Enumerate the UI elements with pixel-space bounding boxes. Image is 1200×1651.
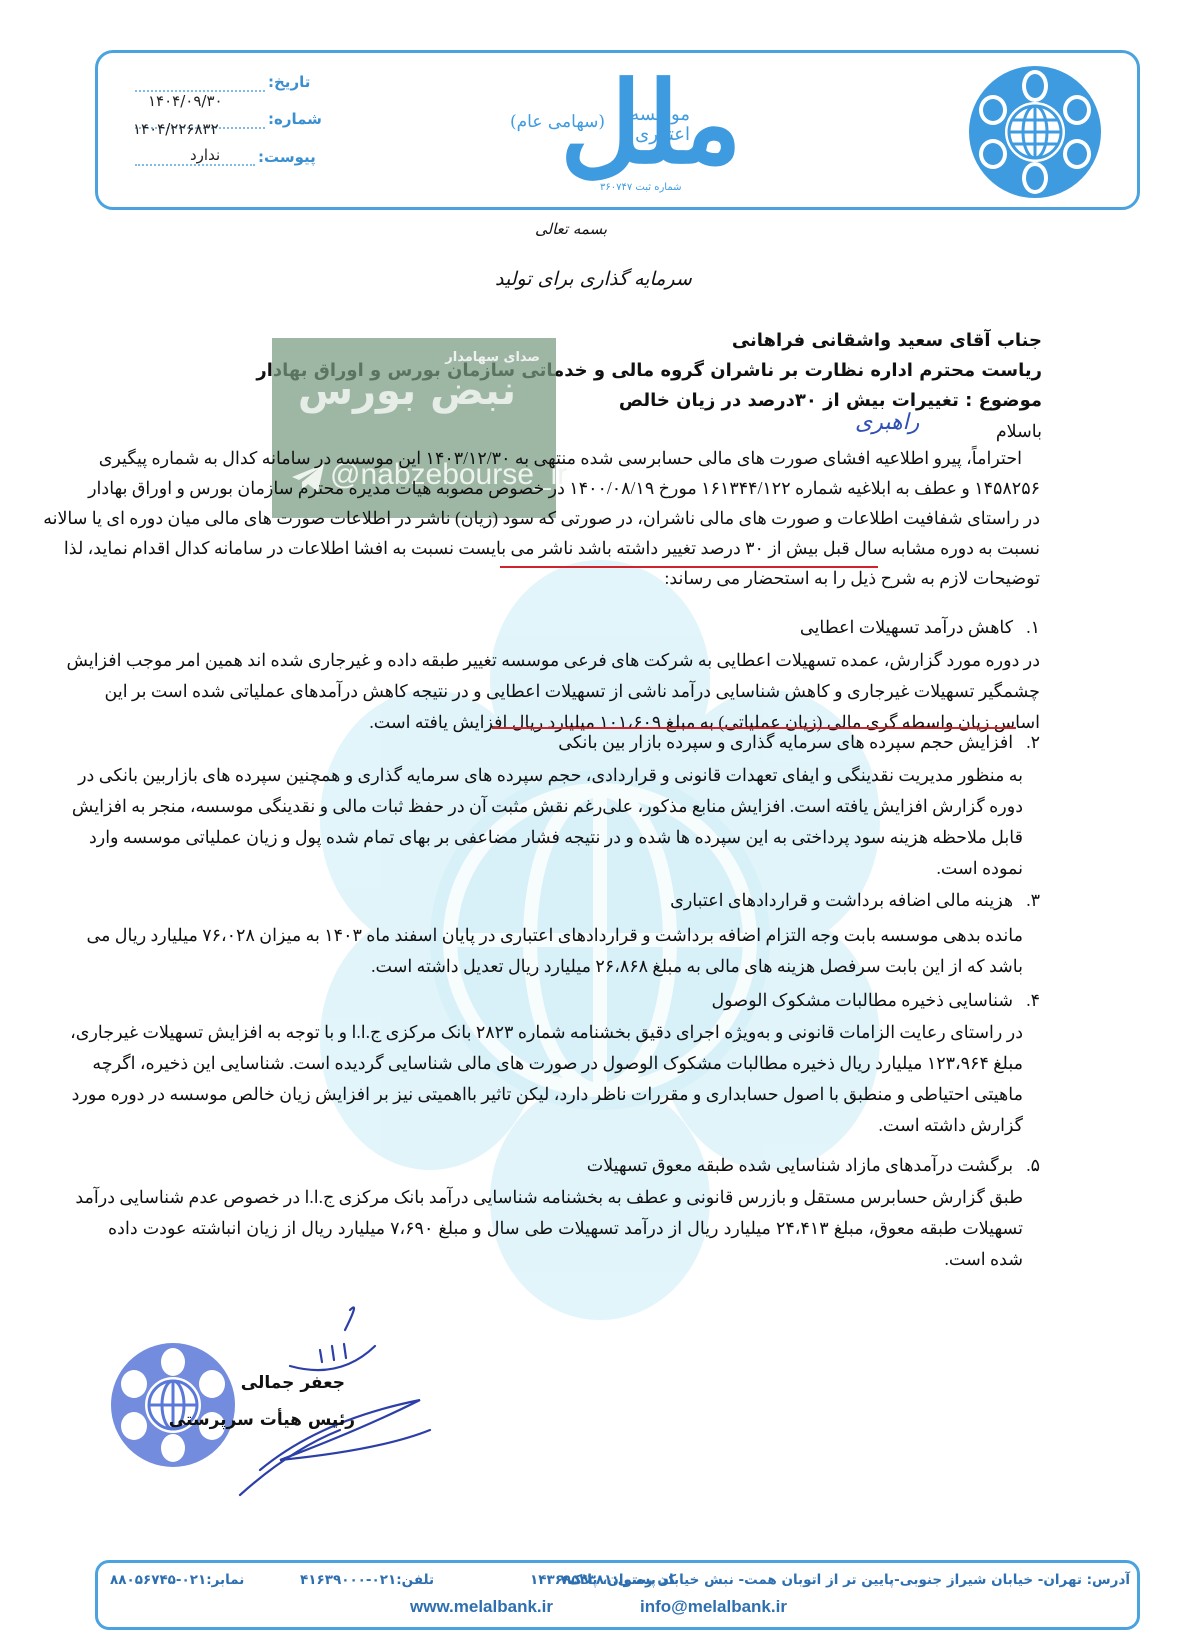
item-number: ۵.: [1026, 1155, 1040, 1175]
item-title: هزینه مالی اضافه برداشت و قراردادهای اعت…: [670, 890, 1013, 910]
handwritten-note: راهبری: [855, 410, 919, 435]
watermark-tagline: صدای سهامدار: [445, 350, 540, 365]
item-line: دوره گزارش افزایش یافته است. افزایش مناب…: [108, 796, 1023, 827]
subject-text: تغییرات بیش از ۳۰درصد در زیان خالص: [619, 390, 959, 411]
salutation: باسلام: [996, 421, 1042, 442]
item-line: قابل ملاحظه هزینه سود پرداختی به این سپر…: [108, 827, 1023, 858]
item-4-body: در راستای رعایت الزامات قانونی و به‌ویژه…: [108, 1022, 1023, 1146]
brand-suffix: (سهامی عام): [510, 112, 605, 132]
item-5-heading: ۵. برگشت درآمدهای مازاد شناسایی شده طبقه…: [587, 1155, 1040, 1176]
signatory-name: جعفر جمالی: [241, 1373, 345, 1393]
item-number: ۳.: [1026, 890, 1040, 910]
footer-phone: تلفن:۰۲۱-۴۱۶۳۹۰۰۰: [300, 1572, 434, 1588]
item-2-heading: ۲. افزایش حجم سپرده های سرمایه گذاری و س…: [558, 732, 1040, 753]
intro-paragraph: احتراماً، پیرو اطلاعیه افشای صورت های ما…: [108, 448, 1040, 598]
footer-frame: [95, 1560, 1140, 1630]
date-label: تاریخ:: [268, 73, 310, 91]
footer-website-link[interactable]: www.melalbank.ir: [410, 1597, 553, 1617]
item-number: ۱.: [1026, 617, 1040, 637]
item-line: در دوره مورد گزارش، عمده تسهیلات اعطایی …: [108, 650, 1040, 681]
item-title: برگشت درآمدهای مازاد شناسایی شده طبقه مع…: [587, 1155, 1013, 1175]
intro-line: در راستای شفافیت اطلاعات و صورت های مالی…: [108, 508, 1040, 538]
item-number: ۲.: [1026, 732, 1040, 752]
item-1-body: در دوره مورد گزارش، عمده تسهیلات اعطایی …: [108, 650, 1040, 743]
intro-line: توضیحات لازم به شرح ذیل را به استحضار می…: [108, 568, 1040, 598]
item-3-heading: ۳. هزینه مالی اضافه برداشت و قراردادهای …: [670, 890, 1040, 911]
attachment-value: ندارد: [188, 146, 222, 164]
item-line: باشد که از این بابت سرفصل هزینه های مالی…: [108, 956, 1023, 987]
attachment-dotted-line: [135, 164, 255, 166]
globe-flower-logo-icon: [965, 62, 1105, 202]
intro-line: ۱۴۵۸۲۵۶ و عطف به ابلاغیه شماره ۱۶۱۳۴۴/۱۲…: [108, 478, 1040, 508]
footer-postal-code: کد پستی:۱۴۳۶۹۵۴۳۸۱: [530, 1572, 676, 1588]
item-4-heading: ۴. شناسایی ذخیره مطالبات مشکوک الوصول: [711, 990, 1040, 1011]
item-title: افزایش حجم سپرده های سرمایه گذاری و سپرد…: [558, 732, 1013, 752]
number-label: شماره:: [268, 110, 322, 128]
item-1-heading: ۱. کاهش درآمد تسهیلات اعطایی: [800, 617, 1040, 638]
date-value: ۱۴۰۴/۰۹/۳۰: [148, 92, 223, 110]
item-title: کاهش درآمد تسهیلات اعطایی: [800, 617, 1013, 637]
item-2-body: به منظور مدیریت نقدینگی و ایفای تعهدات ق…: [108, 765, 1023, 889]
item-line: گزارش داشته است.: [108, 1115, 1023, 1146]
item-line: چشمگیر تسهیلات غیرجاری و کاهش شناسایی در…: [108, 681, 1040, 712]
item-line: طبق گزارش حسابرس مستقل و بازرس قانونی و …: [108, 1187, 1023, 1218]
signatory-title: رئیس هیأت سرپرستی: [169, 1410, 355, 1430]
item-line: به منظور مدیریت نقدینگی و ایفای تعهدات ق…: [108, 765, 1023, 796]
item-title: شناسایی ذخیره مطالبات مشکوک الوصول: [711, 990, 1013, 1010]
item-5-body: طبق گزارش حسابرس مستقل و بازرس قانونی و …: [108, 1187, 1023, 1280]
brand-prefix: موسسه اعتباری: [640, 105, 690, 145]
recipient-name: جناب آقای سعید واشقانی فراهانی: [732, 330, 1042, 351]
attachment-label: پیوست:: [258, 148, 316, 166]
registration-number: شماره ثبت ۳۶۰۷۴۷: [600, 182, 682, 193]
intro-line: نسبت به دوره مشابه سال قبل بیش از ۳۰ درص…: [108, 538, 1040, 568]
slogan: سرمایه گذاری برای تولید: [495, 268, 692, 290]
red-underline-annotation: [492, 727, 1016, 729]
item-line: مبلغ ۱۲۳،۹۶۴ میلیارد ریال ذخیره مطالبات …: [108, 1053, 1023, 1084]
item-line: تسهیلات طبقه معوق، مبلغ ۲۴،۴۱۳ میلیارد ر…: [108, 1218, 1023, 1249]
subject-line: موضوع : تغییرات بیش از ۳۰درصد در زیان خا…: [619, 390, 1042, 411]
red-underline-annotation: [500, 566, 878, 568]
item-number: ۴.: [1026, 990, 1040, 1010]
subject-label: موضوع :: [965, 390, 1042, 411]
invocation: بسمه تعالی: [535, 220, 607, 238]
item-line: مانده بدهی موسسه بابت وجه التزام اضافه ب…: [108, 925, 1023, 956]
item-line: شده است.: [108, 1249, 1023, 1280]
item-3-body: مانده بدهی موسسه بابت وجه التزام اضافه ب…: [108, 925, 1023, 987]
handwritten-signature: [200, 1300, 440, 1500]
number-value: ۱۴۰۴/۲۲۶۸۳۲: [133, 120, 219, 138]
item-line: در راستای رعایت الزامات قانونی و به‌ویژه…: [108, 1022, 1023, 1053]
item-line: ماهیتی احتیاطی و منطبق با اصول حسابداری …: [108, 1084, 1023, 1115]
intro-line: احتراماً، پیرو اطلاعیه افشای صورت های ما…: [108, 448, 1040, 478]
footer-fax: نمابر:۰۲۱-۸۸۰۵۶۷۴۵: [110, 1572, 244, 1588]
item-line: نموده است.: [108, 858, 1023, 889]
footer-email-link[interactable]: info@melalbank.ir: [640, 1597, 787, 1617]
watermark-brand: نبض بورس: [298, 368, 516, 414]
